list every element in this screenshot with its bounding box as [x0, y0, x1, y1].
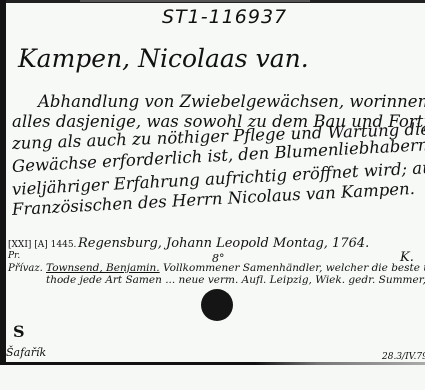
punch-hole [201, 289, 233, 321]
card-left-edge [0, 0, 6, 365]
reference-label: Přívaz. [8, 263, 43, 274]
title-line-1: Abhandlung von Zwiebelgewächsen, worinne… [38, 92, 425, 111]
catalog-card: ST1-116937 Kampen, Nicolaas van. Abhandl… [0, 0, 425, 365]
reference-author: Townsend, Benjamin. [46, 262, 160, 274]
reference-line-1: Townsend, Benjamin. Vollkommener Samenhä… [46, 262, 425, 274]
author-heading: Kampen, Nicolaas van. [18, 44, 309, 73]
mark-bottom-left: S [13, 322, 25, 341]
reference-line-2: thode jede Art Samen ... neue verm. Aufl… [46, 274, 425, 286]
catalog-date: 28.3/IV.79. [382, 352, 425, 362]
call-number: ST1-116937 [162, 6, 287, 28]
note-label: Pr. [8, 251, 20, 261]
shelfmark: [XXI] [A] 1445. [8, 240, 76, 250]
card-top-edge-shadow [80, 0, 310, 2]
imprint: Regensburg, Johann Leopold Montag, 1764. [78, 236, 369, 251]
reference-title: Vollkommener Samenhändler, welcher die b… [163, 262, 425, 274]
card-bottom-edge [0, 362, 425, 365]
mark-right: K. [400, 250, 414, 265]
cataloger-signature: Šafařík [6, 346, 46, 359]
